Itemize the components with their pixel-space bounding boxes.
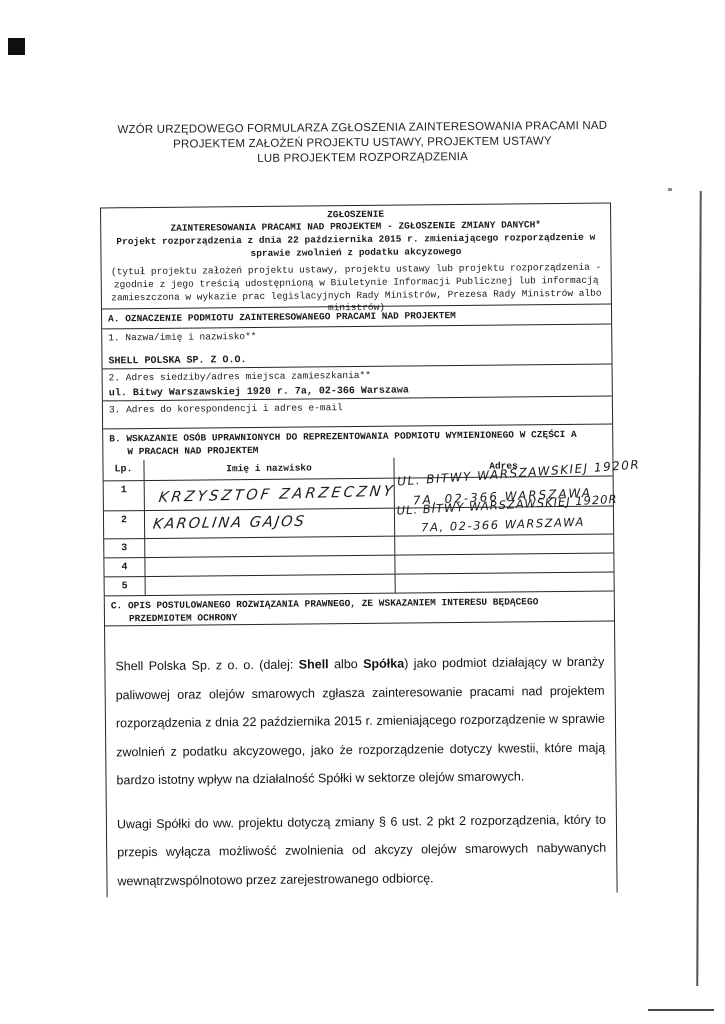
field-name-row: 1. Nazwa/imię i nazwisko** SHELL POLSKA … <box>102 325 611 370</box>
form-title-note: (tytuł projektu założeń projektu ustawy,… <box>102 262 611 309</box>
handwritten-name: KAROLINA GAJOS <box>152 514 307 533</box>
field-name-label: 1. Nazwa/imię i nazwisko** <box>108 328 605 344</box>
paragraph-1-segment: albo <box>329 657 364 671</box>
row-number: 1 <box>104 481 144 510</box>
paragraph-1-bold-spolka: Spółka <box>363 657 404 671</box>
address-cell <box>394 554 613 574</box>
name-cell <box>145 575 395 595</box>
paragraph-2: Uwagi Spółki do ww. projektu dotyczą zmi… <box>117 805 607 895</box>
scan-page-bottom-edge <box>648 1009 714 1011</box>
section-c-content: Shell Polska Sp. z o. o. (dalej: Shell a… <box>105 622 617 896</box>
paragraph-1-segment: ) jako podmiot działający w branży paliw… <box>116 655 606 788</box>
section-c-heading: C. OPIS POSTULOWANEGO ROZWIĄZANIA PRAWNE… <box>105 591 614 627</box>
project-title: Projekt rozporządzenia z dnia 22 paździe… <box>101 232 610 267</box>
scan-page-edge-line <box>696 191 701 986</box>
row-number: 4 <box>104 558 144 576</box>
paragraph-1-segment: Shell Polska Sp. z o. o. (dalej: <box>115 658 298 674</box>
field-correspondence-label: 3. Adres do korespondencji i adres e-mai… <box>109 400 606 416</box>
address-cell: UL. BITWY WARSZAWSKIEJ 1920R 7A, 02-366 … <box>394 507 613 536</box>
name-cell: KRZYSZTOF ZARZECZNY <box>144 479 394 510</box>
name-cell <box>144 537 394 557</box>
handwritten-address-line2: 7A, 02-366 WARSZAWA <box>421 515 585 535</box>
section-b-heading: B. WSKAZANIE OSÓB UPRAWNIONYCH DO REPREZ… <box>103 424 612 461</box>
address-cell <box>395 573 614 593</box>
table-header-lp: Lp. <box>103 460 143 480</box>
field-address-label: 2. Adres siedziby/adres miejsca zamieszk… <box>109 368 606 384</box>
paragraph-1: Shell Polska Sp. z o. o. (dalej: Shell a… <box>115 648 605 795</box>
field-address-row: 2. Adres siedziby/adres miejsca zamieszk… <box>103 365 612 402</box>
scan-speck <box>668 188 672 191</box>
form-box: ZGŁOSZENIE ZAINTERESOWANIA PRACAMI NAD P… <box>100 203 618 898</box>
row-number: 5 <box>105 577 145 595</box>
name-cell: KAROLINA GAJOS <box>144 509 394 538</box>
project-title-text: Projekt rozporządzenia z dnia 22 paździe… <box>109 232 603 262</box>
page-title: WZÓR URZĘDOWEGO FORMULARZA ZGŁOSZENIA ZA… <box>0 118 725 169</box>
row-number: 2 <box>104 511 144 538</box>
table-row: 2 KAROLINA GAJOS UL. BITWY WARSZAWSKIEJ … <box>104 506 613 539</box>
paragraph-1-bold-shell: Shell <box>299 657 329 671</box>
row-number: 3 <box>104 539 144 557</box>
table-header-name: Imię i nazwisko <box>143 458 393 480</box>
handwritten-name: KRZYSZTOF ZARZECZNY <box>158 484 397 506</box>
name-cell <box>144 556 394 576</box>
scan-corner-mark <box>8 38 25 55</box>
representatives-table: Lp. Imię i nazwisko Adres 1 KRZYSZTOF ZA… <box>103 456 613 596</box>
address-cell <box>394 535 613 555</box>
